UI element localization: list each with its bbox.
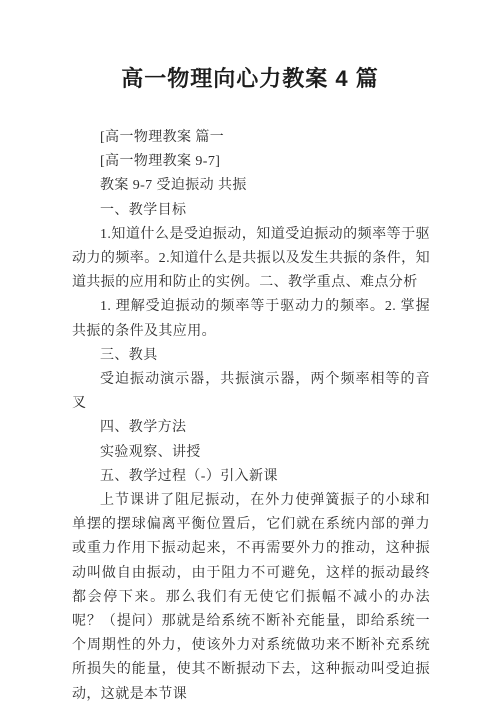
document-body: [高一物理教案 篇一 [高一物理教案 9-7] 教案 9-7 受迫振动 共振 一… <box>72 126 430 707</box>
paragraph-bracket-tag-2: [高一物理教案 9-7] <box>72 150 430 174</box>
paragraph-bracket-tag-1: [高一物理教案 篇一 <box>72 126 430 150</box>
section-heading-5-teaching-process: 五、教学过程（-）引入新课 <box>72 465 430 489</box>
paragraph-lesson-heading: 教案 9-7 受迫振动 共振 <box>72 174 430 198</box>
document-page: 高一物理向心力教案 4 篇 [高一物理教案 篇一 [高一物理教案 9-7] 教案… <box>0 0 500 707</box>
section-heading-1-teaching-goals: 一、教学目标 <box>72 199 430 223</box>
paragraph-lesson-intro: 上节课讲了阻尼振动，在外力使弹簧振子的小球和单摆的摆球偏离平衡位置后，它们就在系… <box>72 489 430 707</box>
paragraph-method: 实验观察、讲授 <box>72 441 430 465</box>
paragraph-goals: 1.知道什么是受迫振动，知道受迫振动的频率等于驱动力的频率。2.知道什么是共振以… <box>72 223 430 296</box>
section-heading-3-teaching-aids: 三、教具 <box>72 344 430 368</box>
document-title: 高一物理向心力教案 4 篇 <box>0 62 500 93</box>
paragraph-key-points: 1. 理解受迫振动的频率等于驱动力的频率。2. 掌握共振的条件及其应用。 <box>72 295 430 343</box>
page-number: - 1 - <box>0 659 500 669</box>
section-heading-4-teaching-method: 四、教学方法 <box>72 416 430 440</box>
paragraph-aids: 受迫振动演示器，共振演示器，两个频率相等的音叉 <box>72 368 430 416</box>
